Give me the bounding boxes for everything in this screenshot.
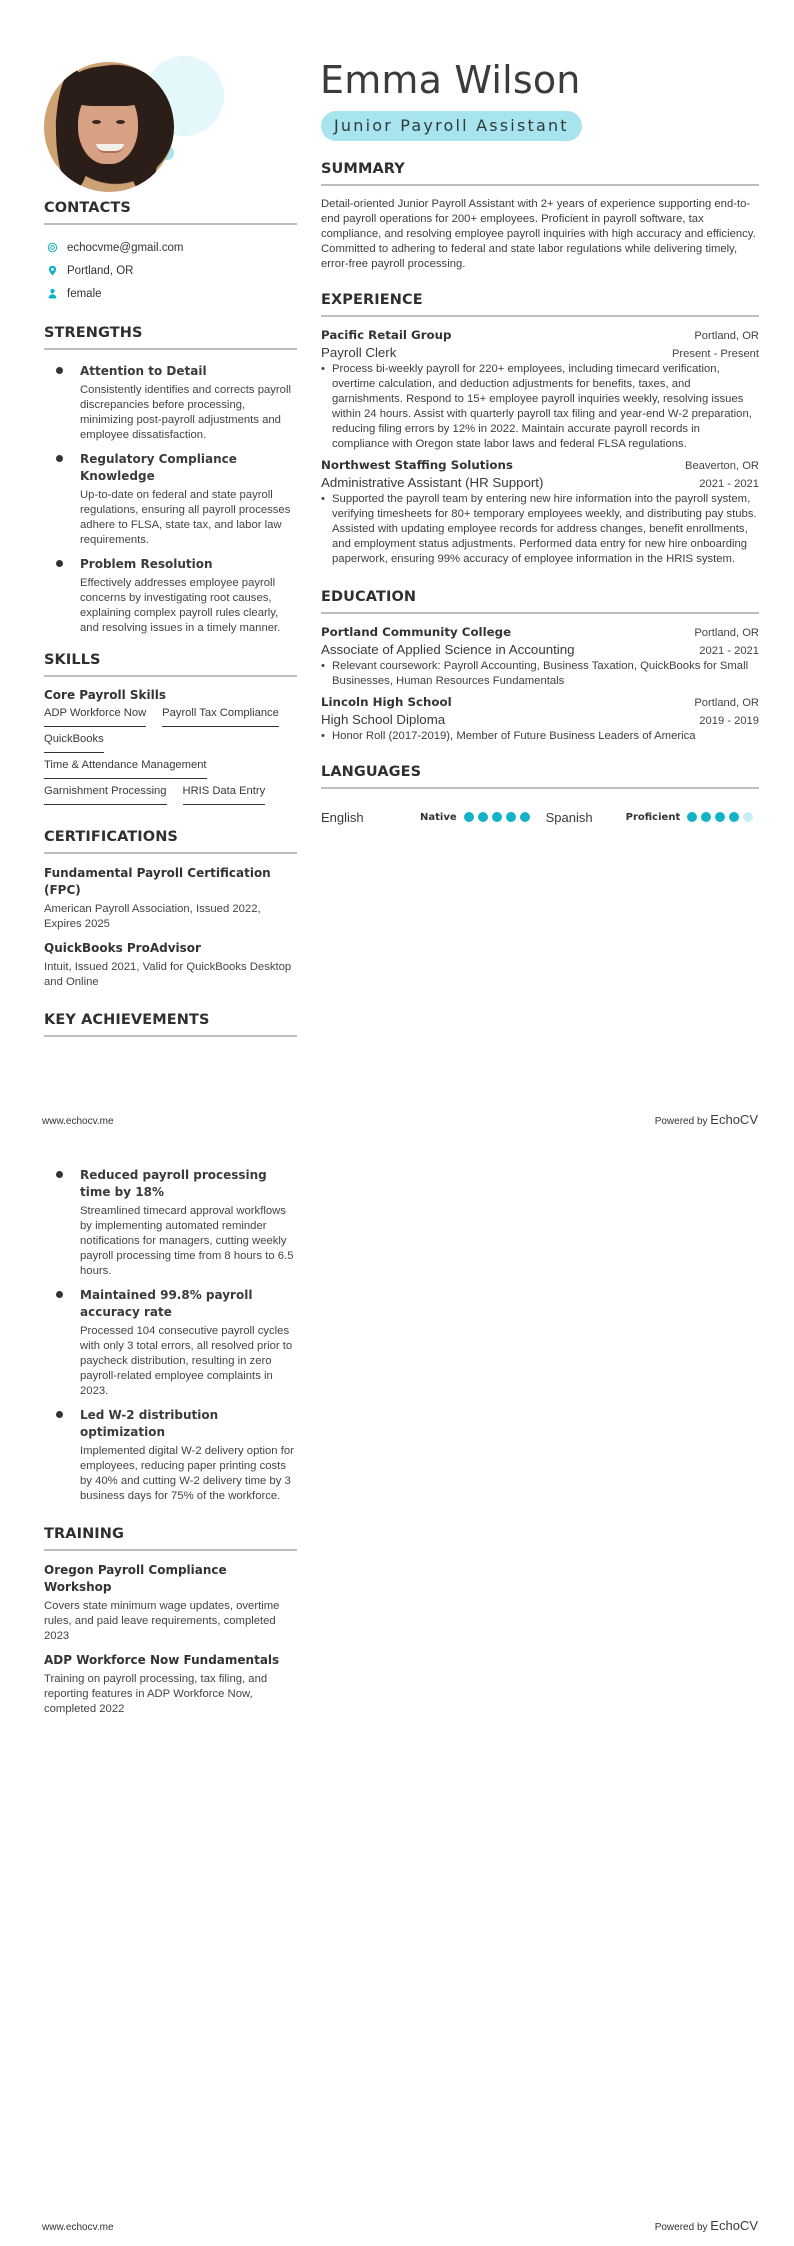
company-name: Pacific Retail Group [321,328,452,342]
person-icon [46,287,59,300]
brand-name: EchoCV [710,2218,758,2233]
certification-title: Fundamental Payroll Certification (FPC) [44,865,297,899]
school-name: Portland Community College [321,625,511,639]
certification-description: American Payroll Association, Issued 202… [44,902,297,932]
resume-page-1: Emma Wilson Junior Payroll Assistant CON… [0,0,794,1123]
experience-entry: Northwest Staffing Solutions Beaverton, … [321,458,759,567]
education-entry: Lincoln High School Portland, OR High Sc… [321,695,759,744]
strength-item: Attention to Detail Consistently identif… [44,363,297,443]
language-rating [464,812,530,822]
certification-item: Fundamental Payroll Certification (FPC) … [44,865,297,932]
skill-tag: Time & Attendance Management [44,758,207,779]
education-bullet: Honor Roll (2017-2019), Member of Future… [321,729,759,744]
training-description: Training on payroll processing, tax fili… [44,1672,297,1717]
job-location: Beaverton, OR [685,460,759,472]
section-heading: STRENGTHS [44,325,297,350]
rating-dot [506,812,516,822]
at-icon [46,241,59,254]
rating-dot [701,812,711,822]
profile-photo [44,62,174,192]
contact-gender: female [44,282,297,305]
training-item: ADP Workforce Now Fundamentals Training … [44,1652,297,1717]
location-pin-icon [46,264,59,277]
left-column-continued: Reduced payroll processing time by 18% S… [44,1167,297,1725]
education-bullet: Relevant coursework: Payroll Accounting,… [321,659,759,689]
rating-dot [743,812,753,822]
left-column: CONTACTS echocvme@gmail.com Portland, OR… [44,200,297,1048]
section-heading: EXPERIENCE [321,292,759,317]
section-heading: LANGUAGES [321,764,759,789]
powered-by-prefix: Powered by [655,2222,708,2233]
school-name: Lincoln High School [321,695,452,709]
skill-tag: HRIS Data Entry [183,784,266,805]
certification-item: QuickBooks ProAdvisor Intuit, Issued 202… [44,940,297,990]
strength-title: Regulatory Compliance Knowledge [80,451,297,485]
experience-entry: Pacific Retail Group Portland, OR Payrol… [321,328,759,452]
strength-description: Up-to-date on federal and state payroll … [80,488,297,548]
rating-dot [478,812,488,822]
education-dates: 2021 - 2021 [699,645,759,657]
achievements-list: Reduced payroll processing time by 18% S… [44,1167,297,1504]
skill-tag: Payroll Tax Compliance [162,706,279,727]
job-dates: Present - Present [672,348,759,360]
rating-dot [729,812,739,822]
skill-tags: ADP Workforce Now Payroll Tax Compliance… [44,706,297,805]
training-title: ADP Workforce Now Fundamentals [44,1652,297,1669]
language-item: Spanish Proficient [546,810,754,825]
bullet-dot [56,560,63,567]
achievement-item: Maintained 99.8% payroll accuracy rate P… [44,1287,297,1399]
page-footer: www.echocv.me Powered by EchoCV [42,2218,758,2233]
contacts-section: CONTACTS echocvme@gmail.com Portland, OR… [44,200,297,305]
section-heading: SUMMARY [321,161,759,186]
contact-text: Portland, OR [67,265,133,277]
achievements-section: KEY ACHIEVEMENTS [44,1012,297,1037]
language-item: English Native [321,810,546,825]
section-heading: EDUCATION [321,589,759,614]
school-location: Portland, OR [694,627,759,639]
skill-group-title: Core Payroll Skills [44,688,297,702]
education-section: EDUCATION Portland Community College Por… [321,589,759,744]
strength-title: Attention to Detail [80,363,297,380]
achievement-title: Maintained 99.8% payroll accuracy rate [80,1287,297,1321]
skills-section: SKILLS Core Payroll Skills ADP Workforce… [44,652,297,805]
skill-tag: QuickBooks [44,732,104,753]
achievement-description: Streamlined timecard approval workflows … [80,1204,297,1279]
bullet-dot [56,1411,63,1418]
bullet-dot [56,367,63,374]
summary-text: Detail-oriented Junior Payroll Assistant… [321,197,759,272]
section-heading: KEY ACHIEVEMENTS [44,1012,297,1037]
section-heading: SKILLS [44,652,297,677]
experience-section: EXPERIENCE Pacific Retail Group Portland… [321,292,759,567]
rating-dot [687,812,697,822]
contact-text: echocvme@gmail.com [67,242,184,254]
rating-dot [520,812,530,822]
section-heading: TRAINING [44,1526,297,1551]
achievement-description: Implemented digital W-2 delivery option … [80,1444,297,1504]
bullet-dot [56,1291,63,1298]
contact-location: Portland, OR [44,259,297,282]
strength-title: Problem Resolution [80,556,297,573]
education-dates: 2019 - 2019 [699,715,759,727]
language-rating [687,812,753,822]
right-column: SUMMARY Detail-oriented Junior Payroll A… [321,161,759,827]
skill-tag: ADP Workforce Now [44,706,146,727]
achievement-description: Processed 104 consecutive payroll cycles… [80,1324,297,1399]
education-entry: Portland Community College Portland, OR … [321,625,759,689]
certification-description: Intuit, Issued 2021, Valid for QuickBook… [44,960,297,990]
certifications-section: CERTIFICATIONS Fundamental Payroll Certi… [44,829,297,990]
job-bullet: Supported the payroll team by entering n… [321,492,759,567]
job-role: Administrative Assistant (HR Support) [321,475,543,490]
profile-photo-area [44,62,184,202]
website-link[interactable]: www.echocv.me [42,2222,114,2233]
job-title-badge: Junior Payroll Assistant [321,111,582,141]
languages-row: English Native Spanish Proficient [321,807,759,827]
job-role: Payroll Clerk [321,345,396,360]
rating-dot [464,812,474,822]
bullet-dot [56,455,63,462]
training-description: Covers state minimum wage updates, overt… [44,1599,297,1644]
contact-text: female [67,288,102,300]
degree: High School Diploma [321,712,445,727]
language-name: Spanish [546,810,626,825]
language-level: Native [420,812,457,823]
company-name: Northwest Staffing Solutions [321,458,513,472]
job-dates: 2021 - 2021 [699,478,759,490]
contact-email[interactable]: echocvme@gmail.com [44,236,297,259]
achievement-title: Reduced payroll processing time by 18% [80,1167,297,1201]
skill-tag: Garnishment Processing [44,784,167,805]
training-section: TRAINING Oregon Payroll Compliance Works… [44,1526,297,1717]
achievement-title: Led W-2 distribution optimization [80,1407,297,1441]
language-level: Proficient [626,812,681,823]
training-title: Oregon Payroll Compliance Workshop [44,1562,297,1596]
strength-item: Problem Resolution Effectively addresses… [44,556,297,636]
job-bullet: Process bi-weekly payroll for 220+ emplo… [321,362,759,452]
degree: Associate of Applied Science in Accounti… [321,642,575,657]
training-item: Oregon Payroll Compliance Workshop Cover… [44,1562,297,1644]
resume-page-2: Reduced payroll processing time by 18% S… [0,1123,794,2246]
powered-by: Powered by EchoCV [655,2218,758,2233]
strength-description: Consistently identifies and corrects pay… [80,383,297,443]
achievement-item: Reduced payroll processing time by 18% S… [44,1167,297,1279]
strength-item: Regulatory Compliance Knowledge Up-to-da… [44,451,297,548]
rating-dot [492,812,502,822]
candidate-name: Emma Wilson [320,58,581,102]
achievement-item: Led W-2 distribution optimization Implem… [44,1407,297,1504]
strength-description: Effectively addresses employee payroll c… [80,576,297,636]
job-location: Portland, OR [694,330,759,342]
school-location: Portland, OR [694,697,759,709]
summary-section: SUMMARY Detail-oriented Junior Payroll A… [321,161,759,272]
section-heading: CONTACTS [44,200,297,225]
language-name: English [321,810,420,825]
section-heading: CERTIFICATIONS [44,829,297,854]
rating-dot [715,812,725,822]
languages-section: LANGUAGES English Native Spanish Profici… [321,764,759,827]
bullet-dot [56,1171,63,1178]
certification-title: QuickBooks ProAdvisor [44,940,297,957]
strengths-section: STRENGTHS Attention to Detail Consistent… [44,325,297,636]
